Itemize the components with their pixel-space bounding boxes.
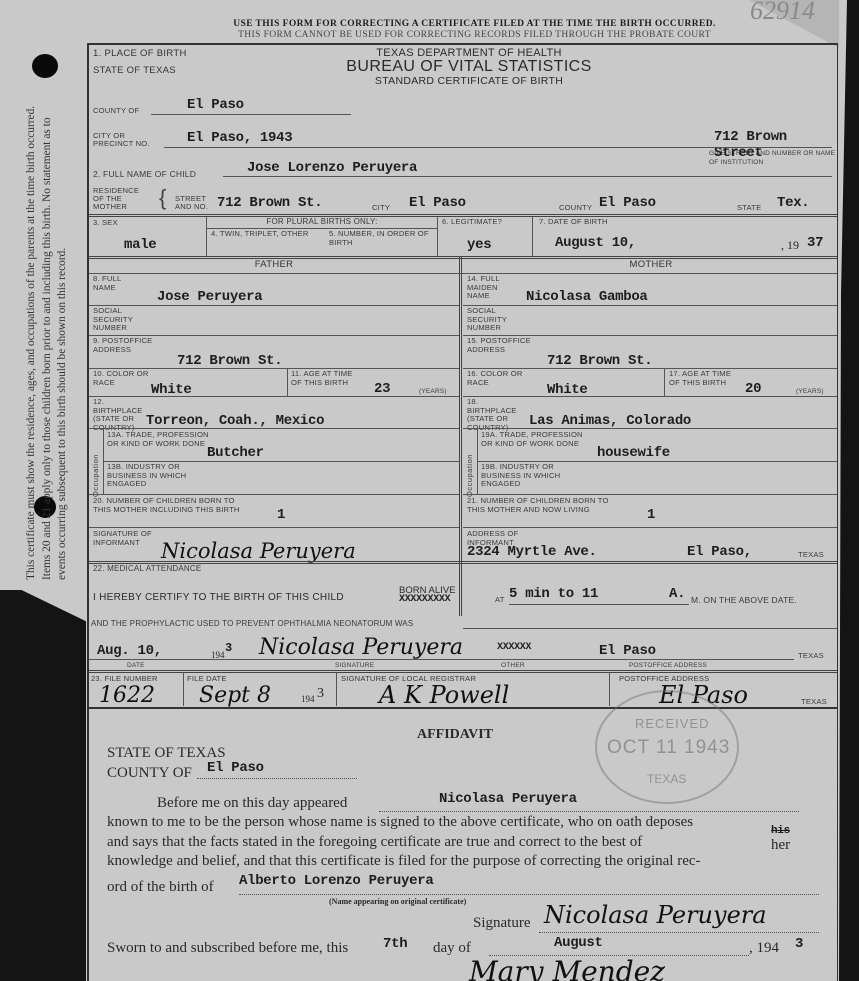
sex-label: 3. SEX [93, 219, 118, 228]
birth-certificate-form: 1. PLACE OF BIRTH STATE OF TEXAS TEXAS D… [87, 43, 838, 981]
informant-city-value: El Paso, [687, 544, 752, 560]
child-name-value: Jose Lorenzo Peruyera [247, 160, 417, 176]
father-age-label: 11. AGE AT TIME OF THIS BIRTH [291, 370, 361, 387]
city-label-2: PRECINCT NO. [93, 140, 150, 149]
mother-state-label: STATE [737, 204, 761, 213]
informant-address-value: 2324 Myrtle Ave. [467, 544, 597, 560]
father-trade-value: Butcher [207, 445, 264, 461]
residence-label-3: MOTHER [93, 203, 127, 212]
county-label: COUNTY OF [93, 107, 139, 116]
mother-trade-label: 19A. TRADE, PROFESSION OR KIND OF WORK D… [481, 431, 591, 448]
sidebar-instructions: This certificate must show the residence… [24, 100, 71, 580]
attendant-date-value: Aug. 10, [97, 643, 162, 659]
father-address-value: 712 Brown St. [177, 353, 282, 369]
mother-birthplace-label: 18. BIRTHPLACE (STATE OR COUNTRY) [467, 398, 527, 432]
mother-birthplace-value: Las Animas, Colorado [529, 413, 691, 429]
attendant-signature: Nicolasa Peruyera [259, 635, 463, 660]
mother-age-label: 17. AGE AT TIME OF THIS BIRTH [669, 370, 739, 387]
legitimate-value: yes [467, 237, 491, 253]
birth-time-value: 5 min to 11 [509, 586, 598, 602]
affidavit-title: AFFIDAVIT [417, 727, 493, 743]
sworn-year-suffix: 3 [795, 936, 803, 952]
mother-address-label: 15. POSTOFFICE ADDRESS [467, 337, 537, 354]
affidavit-line-3: and says that the facts stated in the fo… [107, 834, 642, 851]
mother-age-value: 20 [745, 381, 761, 397]
mother-county-value: El Paso [599, 195, 656, 211]
father-trade-label: 13A. TRADE, PROFESSION OR KIND OF WORK D… [107, 431, 217, 448]
informant-signature: Nicolasa Peruyera [161, 539, 356, 563]
mother-city-value: El Paso [409, 195, 466, 211]
birth-order-label: 5. NUMBER, IN ORDER OF BIRTH [329, 230, 429, 247]
stamp-date: OCT 11 1943 [607, 737, 730, 759]
registrar-signature: A K Powell [379, 681, 509, 709]
stillborn-struck-out: XXXXXXXXX [399, 594, 450, 605]
form-restriction-note: THIS FORM CANNOT BE USED FOR CORRECTING … [90, 30, 859, 40]
father-birthplace-label: 12. BIRTHPLACE (STATE OR COUNTRY) [93, 398, 153, 432]
attendant-state: TEXAS [798, 652, 824, 661]
father-birthplace-value: Torreon, Coah., Mexico [146, 413, 324, 429]
street-label-2: AND NO. [175, 203, 208, 212]
dob-year-suffix: 37 [807, 235, 823, 251]
mother-name-value: Nicolasa Gamboa [526, 289, 648, 305]
children-living-label: 21. NUMBER OF CHILDREN BORN TO THIS MOTH… [467, 497, 617, 514]
mother-county-label: COUNTY [559, 204, 592, 213]
informant-state: TEXAS [798, 551, 824, 560]
file-number-value: 1622 [99, 683, 155, 708]
children-living-value: 1 [647, 507, 655, 523]
bureau-name: BUREAU OF VITAL STATISTICS [269, 58, 669, 76]
stamp-state: TEXAS [647, 772, 686, 786]
affidavit-line-2: known to me to be the person whose name … [107, 814, 693, 831]
sworn-day-value: 7th [383, 936, 407, 952]
plural-births-label: FOR PLURAL BIRTHS ONLY: [207, 218, 437, 227]
place-of-birth-label: 1. PLACE OF BIRTH [93, 48, 187, 59]
mother-race-label: 16. COLOR OR RACE [467, 370, 527, 387]
medical-attendance-label: 22. MEDICAL ATTENDANCE [93, 565, 201, 574]
brace-icon: { [159, 185, 166, 211]
attendant-postoffice-value: El Paso [599, 643, 656, 659]
punch-hole-icon [32, 54, 58, 78]
pronoun-value: her [771, 837, 790, 854]
certificate-page: 62914 USE THIS FORM FOR CORRECTING A CER… [0, 0, 859, 981]
mother-industry-label: 19B. INDUSTRY OR BUSINESS IN WHICH ENGAG… [481, 463, 591, 489]
form-title: STANDARD CERTIFICATE OF BIRTH [269, 75, 669, 87]
dob-label: 7. DATE OF BIRTH [539, 218, 608, 227]
mother-name-label: 14. FULL MAIDEN NAME [467, 275, 507, 301]
received-stamp: RECEIVED OCT 11 1943 TEXAS [595, 690, 739, 804]
twin-label: 4. TWIN, TRIPLET, OTHER [211, 230, 311, 239]
affiant-signature-label: Signature [473, 915, 531, 932]
father-name-value: Jose Peruyera [157, 289, 262, 305]
father-race-label: 10. COLOR OR RACE [93, 370, 153, 387]
mother-street-value: 712 Brown St. [217, 195, 322, 211]
at-label: AT [495, 596, 505, 605]
state-of-texas-label: STATE OF TEXAS [93, 65, 176, 76]
child-name-label: 2. FULL NAME OF CHILD [93, 170, 196, 179]
affidavit-line-4: knowledge and belief, and that this cert… [107, 853, 701, 870]
attendant-year-suffix: 3 [225, 641, 232, 655]
affidavit-line-5: ord of the birth of [107, 879, 214, 896]
sworn-text: Sworn to and subscribed before me, this [107, 940, 348, 957]
children-born-value: 1 [277, 507, 285, 523]
mother-occupation-label: Occupation [465, 454, 474, 497]
form-usage-note: USE THIS FORM FOR CORRECTING A CERTIFICA… [90, 19, 859, 29]
mother-address-value: 712 Brown St. [547, 353, 652, 369]
city-value: El Paso, 1943 [187, 130, 292, 146]
dob-value: August 10, [555, 235, 636, 251]
father-section-header: FATHER [89, 259, 459, 270]
registrar-state: TEXAS [801, 698, 827, 707]
mother-city-label: CITY [372, 204, 390, 213]
mother-state-value: Tex. [777, 195, 809, 211]
appeared-text: Before me on this day appeared [157, 795, 347, 812]
sworn-month-value: August [554, 935, 603, 951]
pronoun-struck-out: his [771, 825, 790, 837]
affidavit-county-value: El Paso [207, 760, 264, 776]
file-year-suffix: 3 [317, 686, 324, 702]
scan-background-left [0, 590, 86, 981]
mother-ssn-label: SOCIAL SECURITY NUMBER [467, 307, 527, 333]
time-suffix: M. ON THE ABOVE DATE. [691, 596, 797, 605]
prophylactic-label: AND THE PROPHYLACTIC USED TO PREVENT OPH… [91, 620, 413, 629]
children-born-label: 20. NUMBER OF CHILDREN BORN TO THIS MOTH… [93, 497, 243, 514]
sworn-day-of-text: day of [433, 940, 471, 957]
file-date-value: Sept 8 [199, 683, 271, 708]
father-occupation-label: Occupation [91, 454, 100, 497]
appeared-name: Nicolasa Peruyera [439, 791, 577, 807]
legitimate-label: 6. LEGITIMATE? [442, 218, 502, 227]
stamp-received-text: RECEIVED [635, 716, 709, 731]
certify-text: I HEREBY CERTIFY TO THE BIRTH OF THIS CH… [93, 592, 344, 603]
mother-trade-value: housewife [597, 445, 670, 461]
father-name-label: 8. FULL NAME [93, 275, 133, 292]
father-ssn-label: SOCIAL SECURITY NUMBER [93, 307, 153, 333]
father-industry-label: 13B. INDUSTRY OR BUSINESS IN WHICH ENGAG… [107, 463, 217, 489]
street-caption: GIVE STREET AND NUMBER OR NAME OF INSTIT… [709, 150, 837, 167]
original-name-value: Alberto Lorenzo Peruyera [239, 873, 433, 889]
father-address-label: 9. POSTOFFICE ADDRESS [93, 337, 163, 354]
sex-value: male [124, 237, 156, 253]
original-name-caption: (Name appearing on original certificate) [329, 897, 466, 906]
dob-year-prefix: , 19 [781, 238, 799, 253]
sworn-year-prefix: , 194 [749, 940, 779, 957]
mother-section-header: MOTHER [465, 259, 837, 270]
county-value: El Paso [187, 97, 244, 113]
affidavit-county-label: COUNTY OF [107, 765, 192, 782]
notary-signature: Mary Mendez [469, 955, 665, 981]
father-age-value: 23 [374, 381, 390, 397]
scan-background-right [839, 0, 859, 981]
birth-time-ampm: A. [669, 586, 685, 602]
affiant-signature: Nicolasa Peruyera [544, 901, 767, 929]
file-year-prefix: 194 [301, 694, 315, 704]
other-struck-out: XXXXXX [497, 642, 531, 653]
